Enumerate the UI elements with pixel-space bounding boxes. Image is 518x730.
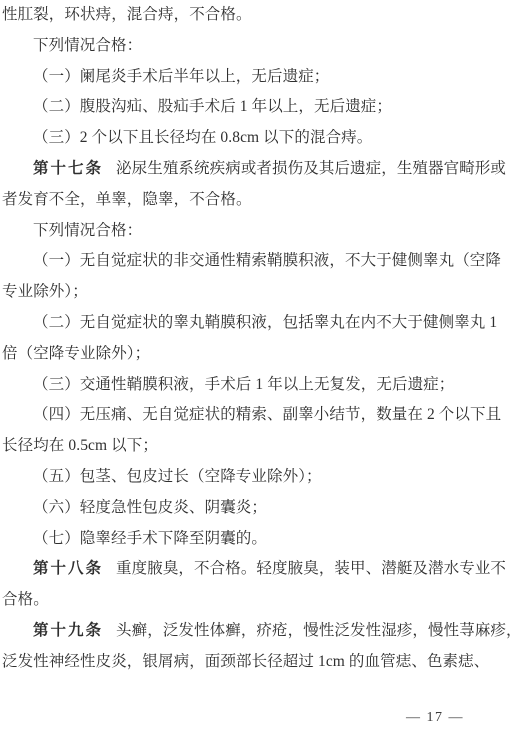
text-line: （六）轻度急性包皮炎、阴囊炎； xyxy=(2,493,502,524)
text-segment: 头癣，泛发性体癣，疥疮，慢性泛发性湿疹，慢性荨麻疹， xyxy=(116,622,518,639)
text-line: 专业除外）； xyxy=(2,277,502,308)
text-line: （四）无压痛、无自觉症状的精索、副睾小结节，数量在 2 个以下且 xyxy=(2,400,502,431)
document-page: 性肛裂，环状痔，混合痔，不合格。下列情况合格：（一）阑尾炎手术后半年以上，无后遗… xyxy=(0,0,518,730)
text-line: 下列情况合格： xyxy=(2,31,502,62)
text-block: 性肛裂，环状痔，混合痔，不合格。下列情况合格：（一）阑尾炎手术后半年以上，无后遗… xyxy=(2,0,502,678)
text-segment: （三）2 个以下且长径均在 0.8cm 以下的混合痔。 xyxy=(33,129,372,146)
text-line: 第十七条泌尿生殖系统疾病或者损伤及其后遗症，生殖器官畸形或 xyxy=(2,154,502,185)
text-line: 合格。 xyxy=(2,585,502,616)
text-segment: 倍（空降专业除外）； xyxy=(2,345,150,362)
article-term: 第十七条 xyxy=(33,160,103,177)
text-line: （五）包茎、包皮过长（空降专业除外）； xyxy=(2,462,502,493)
text-line: 者发育不全，单睾，隐睾，不合格。 xyxy=(2,185,502,216)
text-line: 泛发性神经性皮炎，银屑病，面颈部长径超过 1cm 的血管痣、色素痣、 xyxy=(2,647,502,678)
text-segment: 者发育不全，单睾，隐睾，不合格。 xyxy=(2,191,252,208)
text-segment: 专业除外）； xyxy=(2,283,88,300)
article-term: 第十八条 xyxy=(33,560,103,577)
text-line: 倍（空降专业除外）； xyxy=(2,339,502,370)
text-segment: 泌尿生殖系统疾病或者损伤及其后遗症，生殖器官畸形或 xyxy=(116,160,506,177)
text-segment: 重度腋臭，不合格。轻度腋臭，装甲、潜艇及潜水专业不 xyxy=(116,560,506,577)
text-line: （一）无自觉症状的非交通性精索鞘膜积液，不大于健侧睾丸（空降 xyxy=(2,246,502,277)
text-segment: 性肛裂，环状痔，混合痔，不合格。 xyxy=(2,6,252,23)
text-segment: （六）轻度急性包皮炎、阴囊炎； xyxy=(33,499,267,516)
text-segment: 下列情况合格： xyxy=(33,37,142,54)
text-line: （一）阑尾炎手术后半年以上，无后遗症； xyxy=(2,62,502,93)
text-segment: 长径均在 0.5cm 以下； xyxy=(2,437,158,454)
text-line: （二）无自觉症状的睾丸鞘膜积液，包括睾丸在内不大于健侧睾丸 1 xyxy=(2,308,502,339)
text-segment: （二）无自觉症状的睾丸鞘膜积液，包括睾丸在内不大于健侧睾丸 1 xyxy=(33,314,497,331)
text-line: 长径均在 0.5cm 以下； xyxy=(2,431,502,462)
page-number: — 17 — xyxy=(406,710,464,726)
text-segment: （一）无自觉症状的非交通性精索鞘膜积液，不大于健侧睾丸（空降 xyxy=(33,252,501,269)
text-segment: （四）无压痛、无自觉症状的精索、副睾小结节，数量在 2 个以下且 xyxy=(33,406,501,423)
article-term: 第十九条 xyxy=(33,622,103,639)
text-line: 下列情况合格： xyxy=(2,216,502,247)
text-line: （二）腹股沟疝、股疝手术后 1 年以上，无后遗症； xyxy=(2,92,502,123)
text-segment: （五）包茎、包皮过长（空降专业除外）； xyxy=(33,468,322,485)
text-segment: 泛发性神经性皮炎，银屑病，面颈部长径超过 1cm 的血管痣、色素痣、 xyxy=(2,653,489,670)
text-line: 第十九条头癣，泛发性体癣，疥疮，慢性泛发性湿疹，慢性荨麻疹， xyxy=(2,616,502,647)
text-segment: （三）交通性鞘膜积液，手术后 1 年以上无复发，无后遗症； xyxy=(33,376,454,393)
text-line: （三）交通性鞘膜积液，手术后 1 年以上无复发，无后遗症； xyxy=(2,370,502,401)
text-segment: （一）阑尾炎手术后半年以上，无后遗症； xyxy=(33,68,329,85)
text-line: （三）2 个以下且长径均在 0.8cm 以下的混合痔。 xyxy=(2,123,502,154)
text-line: （七）隐睾经手术下降至阴囊的。 xyxy=(2,524,502,555)
text-line: 第十八条重度腋臭，不合格。轻度腋臭，装甲、潜艇及潜水专业不 xyxy=(2,554,502,585)
text-segment: 下列情况合格： xyxy=(33,222,142,239)
text-segment: 合格。 xyxy=(2,591,49,608)
text-segment: （七）隐睾经手术下降至阴囊的。 xyxy=(33,530,267,547)
text-line: 性肛裂，环状痔，混合痔，不合格。 xyxy=(2,0,502,31)
text-segment: （二）腹股沟疝、股疝手术后 1 年以上，无后遗症； xyxy=(33,98,392,115)
